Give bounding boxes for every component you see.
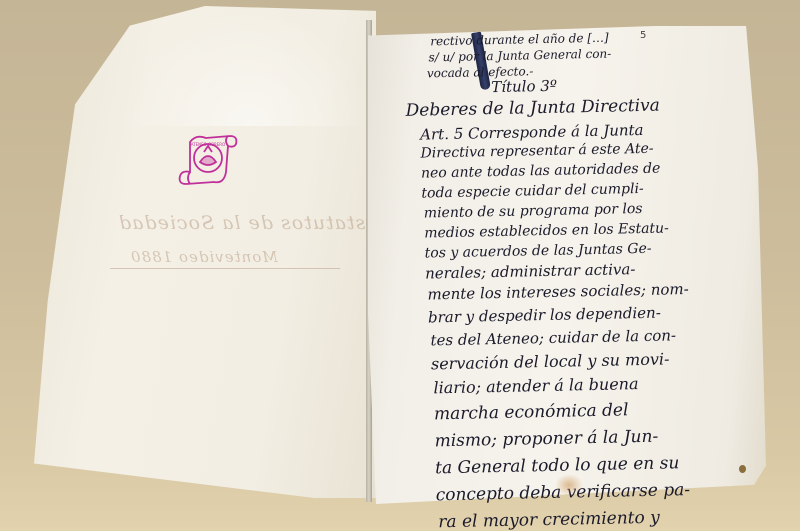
stamp-text: ATENEO OBRERO [191, 142, 225, 147]
scroll-seal-icon: ATENEO OBRERO [176, 128, 242, 192]
section-heading: Deberes de la Junta Directiva [402, 96, 747, 120]
manuscript-line: Art. 5 Corresponde á la Junta [402, 121, 747, 143]
photo-scene: Estatutos de la Sociedad Montevideo 1880… [0, 0, 800, 531]
manuscript-line: tes del Ateneo; cuidar de la con- [406, 327, 751, 349]
manuscript-line: marcha económica del [408, 400, 753, 424]
manuscript-line: servación del local y su movi- [407, 350, 752, 373]
water-stain [555, 474, 583, 496]
manuscript-line: toda especie cuidar del cumpli- [403, 180, 748, 201]
manuscript-line: neo ante todas las autoridades de [403, 160, 748, 181]
manuscript-line: Directiva representar á este Ate- [402, 140, 747, 161]
manuscript-line: mente los intereses sociales; nom- [405, 281, 750, 303]
manuscript-line: liario; atender á la buena [407, 374, 752, 397]
bleed-through-rule [110, 268, 340, 269]
manuscript-line: nerales; administrar activa- [405, 260, 750, 282]
manuscript-line: medios establecidos en los Estatu- [404, 220, 749, 241]
manuscript-line: mismo; proponer á la Jun- [408, 427, 753, 451]
manuscript-line: miento de su programa por los [404, 200, 749, 221]
page-curl [124, 6, 374, 126]
manuscript-line: tos y acuerdos de las Juntas Ge- [405, 240, 750, 261]
bleed-through-line: Montevideo 1880 [130, 248, 278, 266]
manuscript-line: brar y despedir los dependien- [406, 304, 751, 326]
handwritten-text: rectivo durante el año de […] s/ u/ por … [400, 23, 755, 531]
bleed-through-line: Estatutos de la Sociedad [118, 212, 380, 234]
paper-hole [739, 465, 746, 473]
